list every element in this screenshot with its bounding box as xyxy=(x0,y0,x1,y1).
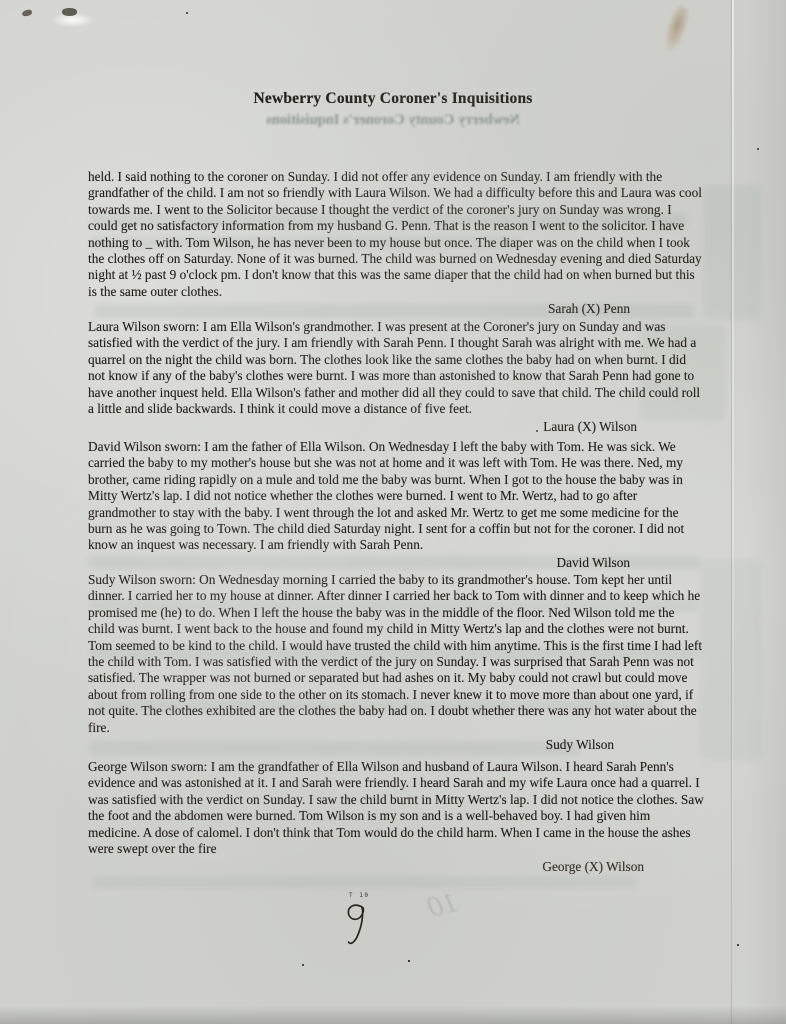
signature-sarah-penn: Sarah (X) Penn xyxy=(548,301,630,317)
testimony-sarah-penn: held. I said nothing to the coroner on S… xyxy=(88,169,704,317)
page-bottom-shadow xyxy=(0,1006,786,1024)
bleedthrough-page-number: 10 xyxy=(424,885,461,925)
paper-specks xyxy=(0,0,2,2)
staple-mark xyxy=(21,9,32,17)
scanned-document-page: Newberry County Coroner's Inquisitions N… xyxy=(0,0,786,1024)
bleedthrough-smudge xyxy=(92,876,637,888)
testimony-text: David Wilson sworn: I am the father of E… xyxy=(88,439,684,552)
handwritten-nine-glyph xyxy=(340,898,376,950)
testimony-george-wilson: George Wilson sworn: I am the grandfathe… xyxy=(88,759,704,875)
document-title: Newberry County Coroner's Inquisitions xyxy=(0,90,786,108)
testimony-laura-wilson: Laura Wilson sworn: I am Ella Wilson's g… xyxy=(88,319,704,435)
testimony-text: George Wilson sworn: I am the grandfathe… xyxy=(88,759,704,856)
testimony-sudy-wilson: Sudy Wilson sworn: On Wednesday morning … xyxy=(88,572,704,753)
signature-laura-wilson: Laura (X) Wilson xyxy=(543,419,637,435)
signature-sudy-wilson: Sudy Wilson xyxy=(546,737,614,753)
testimony-text: Laura Wilson sworn: I am Ella Wilson's g… xyxy=(88,319,700,416)
testimony-text: held. I said nothing to the coroner on S… xyxy=(88,169,702,299)
signature-george-wilson: George (X) Wilson xyxy=(542,859,644,875)
testimony-david-wilson: David Wilson sworn: I am the father of E… xyxy=(88,439,704,571)
paper-fold-line xyxy=(732,0,734,1024)
bleedthrough-title: Newberry County Coroner's Inquisitions xyxy=(0,112,786,129)
handwritten-page-number xyxy=(340,898,376,955)
staple-mark xyxy=(62,8,77,16)
bleedthrough-smudge xyxy=(700,560,762,760)
signature-david-wilson: David Wilson xyxy=(557,555,630,571)
testimony-text: Sudy Wilson sworn: On Wednesday morning … xyxy=(88,572,702,735)
paper-stain xyxy=(659,4,693,56)
